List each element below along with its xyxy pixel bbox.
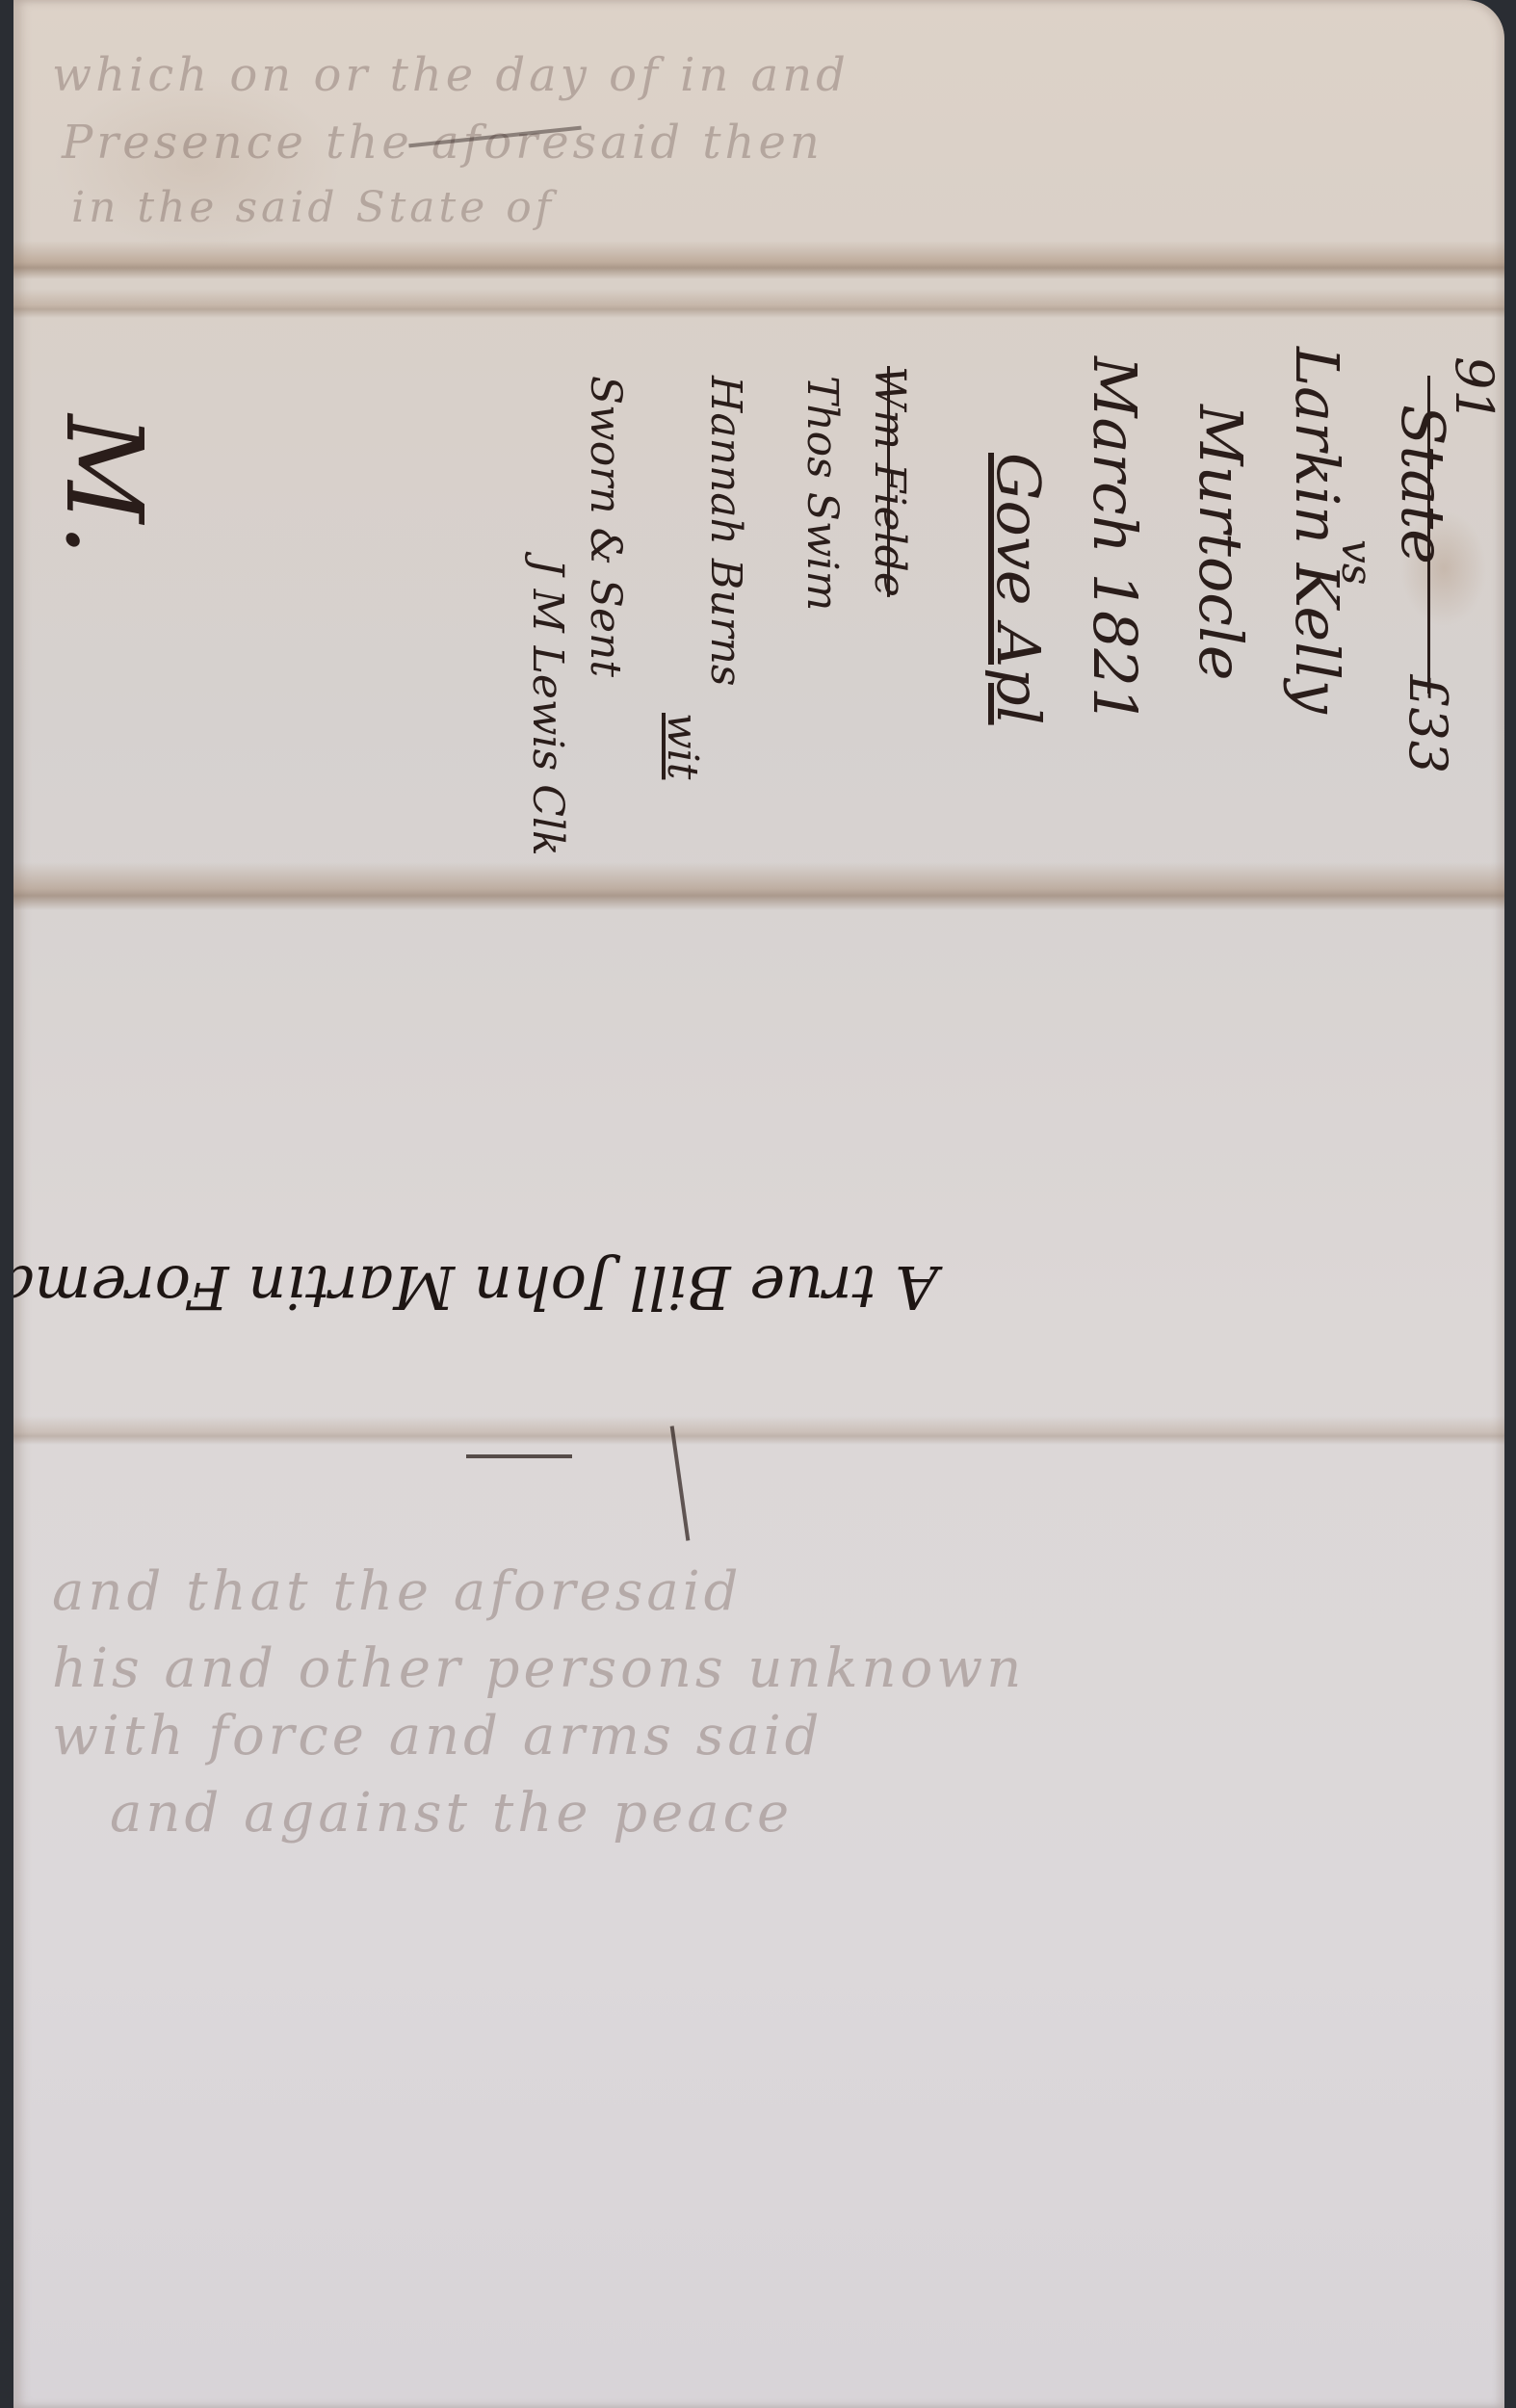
amount: £33 <box>1398 674 1458 773</box>
witness-label: wit <box>658 713 707 779</box>
bleed-through-line: and that the aforesaid <box>52 1560 743 1623</box>
witness: Thos Swim <box>797 376 847 611</box>
bleed-through-line: in the said State of <box>71 183 555 232</box>
fold-crease <box>13 1416 1504 1445</box>
witness: Hannah Burns <box>701 376 750 686</box>
sworn-note: Sworn & Sent <box>581 376 630 677</box>
document-page: which on or the day of in and Presence t… <box>13 0 1504 2408</box>
bleed-through-line: his and other persons unknown <box>52 1637 1025 1700</box>
margin-initials: M. <box>42 414 166 557</box>
witness-struck: Wm Fielde <box>865 366 914 597</box>
clerk-signature: J M Lewis Clk <box>523 559 572 856</box>
title-rule <box>1427 376 1430 694</box>
bleed-through-line: which on or the day of in and <box>52 48 849 102</box>
true-bill-endorsement: A true Bill John Martin Foreman <box>71 1252 938 1322</box>
bleed-through-line: and against the peace <box>110 1782 793 1845</box>
term: Gove Apl <box>983 453 1054 725</box>
ink-mark <box>466 1454 572 1458</box>
date: March 1821 <box>1080 356 1150 724</box>
fold-crease <box>13 862 1504 910</box>
fold-crease <box>13 289 1504 318</box>
bleed-through-line: with force and arms said <box>52 1705 823 1767</box>
defendant-name: Larkin Kelly <box>1282 347 1352 714</box>
offence: Murtocle <box>1186 405 1256 681</box>
case-title: State <box>1388 405 1458 564</box>
